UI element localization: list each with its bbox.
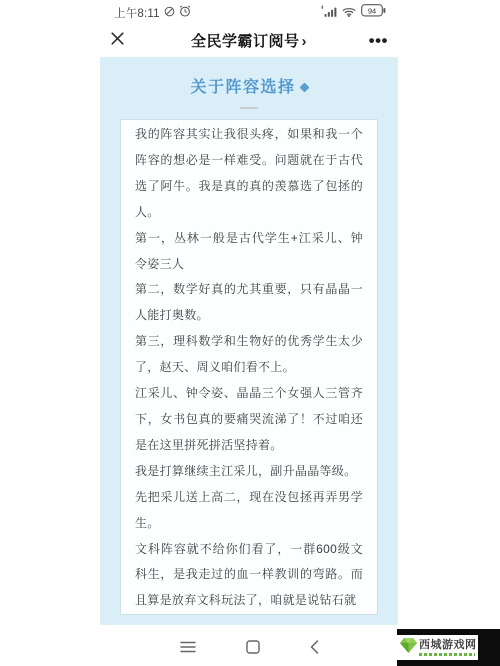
recents-menu-icon[interactable] <box>180 641 196 653</box>
clock-time: 上午8:11 <box>114 5 160 21</box>
article-paragraph: 第一，丛林一般是古代学生+江采儿、钟令姿三人 <box>135 226 363 278</box>
back-icon[interactable] <box>310 640 319 654</box>
watermark-tagline-bar <box>419 653 475 656</box>
home-icon[interactable] <box>246 640 260 654</box>
article-paragraph: 先把采儿送上高二，现在没包拯再弄男学生。 <box>135 485 363 537</box>
status-bar: 上午8:11 <box>100 0 398 24</box>
watermark-site-name: 西城游戏网 <box>419 639 477 651</box>
phone-screen-column: 上午8:11 <box>100 0 398 57</box>
gem-logo-icon <box>400 638 417 658</box>
close-icon[interactable] <box>110 31 125 51</box>
system-nav-bar <box>100 628 398 666</box>
article-title-text: 关于阵容选择 <box>190 79 295 96</box>
article-title: 关于阵容选择 <box>100 57 398 99</box>
article-paragraph: 我是打算继续主江采儿，副升晶晶等级。 <box>135 459 363 485</box>
alarm-clock-icon <box>179 4 191 22</box>
page-title-text: 全民学霸订阅号 <box>191 33 300 50</box>
title-divider <box>240 107 258 109</box>
article-paragraph: 第二，数学好真的尤其重要，只有晶晶一人能打奥数。 <box>135 277 363 329</box>
diamond-icon <box>299 83 309 93</box>
cell-signal-icon <box>321 4 337 22</box>
status-bar-right: 94 <box>321 4 386 22</box>
battery-percent: 94 <box>368 7 376 16</box>
article-paragraph: 我的阵容其实让我很头疼，如果和我一个阵容的想必是一样难受。问题就在于古代选了阿牛… <box>135 122 363 226</box>
wifi-icon <box>342 4 356 22</box>
article-body-card[interactable]: 我的阵容其实让我很头疼，如果和我一个阵容的想必是一样难受。问题就在于古代选了阿牛… <box>120 119 378 615</box>
mute-icon <box>164 4 175 22</box>
article-paragraph: 文科阵容就不给你们看了，一群600级文科生，是我走过的血一样教训的弯路。而且算是… <box>135 537 363 615</box>
status-bar-left: 上午8:11 <box>114 4 191 22</box>
nav-bar: 全民学霸订阅号› ••• <box>100 24 398 57</box>
article-paragraph: 江采儿、钟令姿、晶晶三个女强人三管齐下，女书包真的要痛哭流涕了！不过咱还是在这里… <box>135 381 363 459</box>
article-paragraph: 第三，理科数学和生物好的优秀学生太少了，赵天、周义咱们看不上。 <box>135 329 363 381</box>
battery-icon: 94 <box>361 4 386 22</box>
more-options-icon[interactable]: ••• <box>354 36 388 46</box>
site-watermark: 西城游戏网 <box>397 635 478 660</box>
page-title[interactable]: 全民学霸订阅号› <box>144 30 354 51</box>
article-panel: 关于阵容选择 我的阵容其实让我很头疼，如果和我一个阵容的想必是一样难受。问题就在… <box>100 57 398 625</box>
chevron-right-icon: › <box>302 33 308 50</box>
